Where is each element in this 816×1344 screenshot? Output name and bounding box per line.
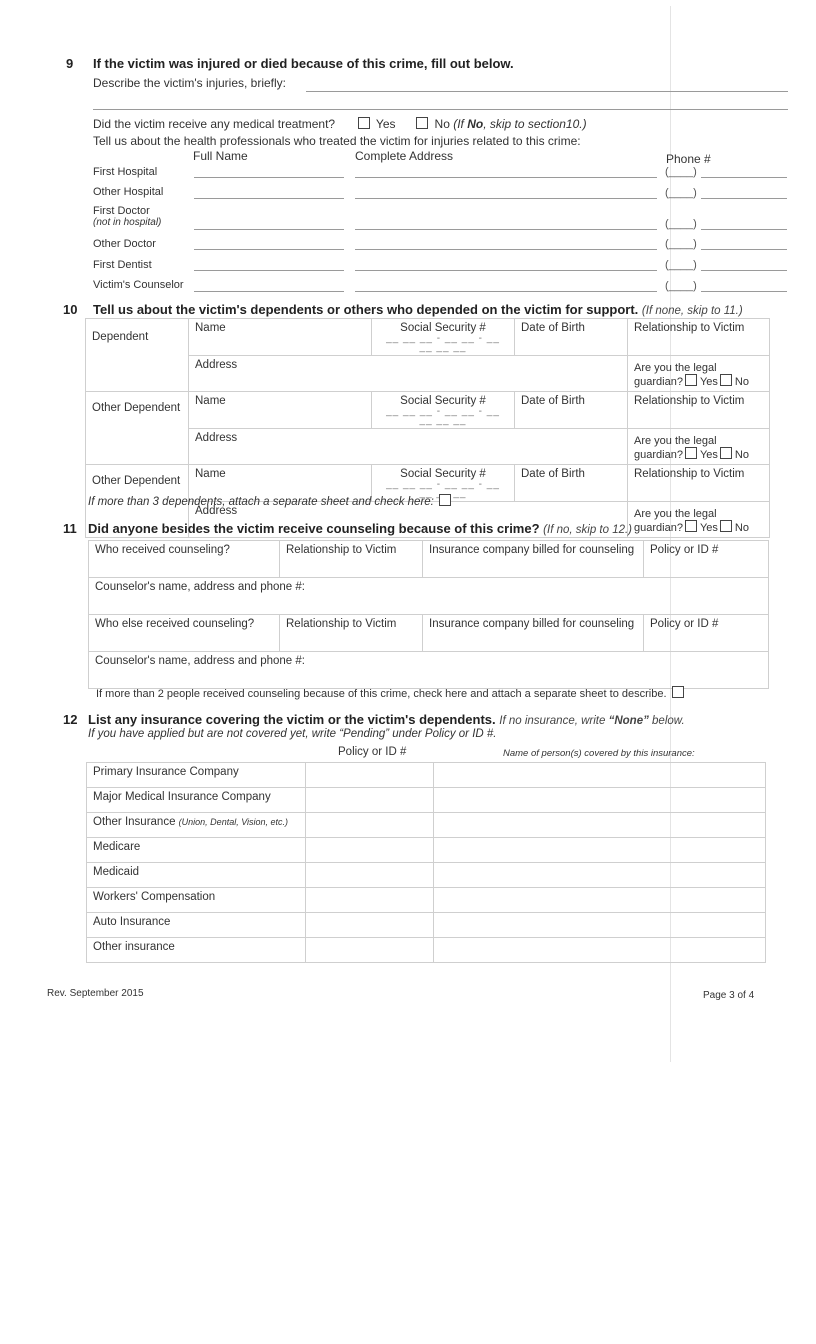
dependent-label: Other Dependent (86, 392, 189, 465)
text-fragment: Other Doctor (93, 238, 156, 250)
text-fragment: Major Medical Insurance Company (93, 791, 271, 803)
provider-name-input[interactable] (194, 177, 344, 178)
text-fragment: (Union, Dental, Vision, etc.) (179, 817, 288, 827)
text-fragment: No (735, 449, 749, 461)
legal-guardian-question: Are you the legalguardian?YesNo (628, 429, 770, 465)
provider-label: Other Hospital (93, 186, 163, 198)
provider-label: First Hospital (93, 166, 157, 178)
text-fragment: Yes (700, 449, 718, 461)
guardian-yes-checkbox[interactable] (685, 447, 697, 459)
dependent-row: DependentNameSocial Security #__ __ __ -… (86, 319, 770, 356)
describe-injuries-label: Describe the victim's injuries, briefly: (93, 76, 286, 90)
emphasis-text: No (467, 117, 483, 131)
text-fragment: If more than 2 people received counselin… (96, 688, 667, 700)
insurance-covered-names-field[interactable] (434, 863, 766, 888)
dependent-address-row: AddressAre you the legalguardian?YesNo (86, 356, 770, 392)
medical-treatment-row: Did the victim receive any medical treat… (93, 117, 587, 131)
more-counseling-note: If more than 2 people received counselin… (96, 686, 687, 700)
text-fragment: If no insurance, write “None” below. (499, 715, 684, 727)
text-fragment: guardian? (634, 449, 683, 461)
provider-label: Victim's Counselor (93, 279, 184, 291)
guardian-no-checkbox[interactable] (720, 374, 732, 386)
text-fragment: Address (195, 432, 237, 444)
insurance-covered-names-field[interactable] (434, 788, 766, 813)
text-fragment: guardian? (634, 376, 683, 388)
text-fragment: First Doctor (93, 205, 161, 217)
provider-address-input[interactable] (355, 229, 657, 230)
text-fragment: Relationship to Victim (634, 322, 744, 334)
insurance-type-label: Workers' Compensation (87, 888, 306, 913)
legal-guardian-question: Are you the legalguardian?YesNo (628, 502, 770, 538)
text-fragment: (If (453, 117, 467, 131)
insurance-row: Other Insurance (Union, Dental, Vision, … (87, 813, 766, 838)
counselor-info-field[interactable]: Counselor's name, address and phone #: (89, 578, 769, 615)
insurance-type-label: Medicare (87, 838, 306, 863)
text-fragment: No (735, 522, 749, 534)
text-fragment: List any insurance covering the victim o… (88, 712, 496, 727)
text-fragment: First Hospital (93, 166, 157, 178)
insurance-policy-field[interactable] (306, 838, 434, 863)
dependent-relationship-field[interactable]: Relationship to Victim (628, 319, 770, 356)
more-dependents-note: If more than 3 dependents, attach a sepa… (88, 494, 454, 508)
text-fragment: Primary Insurance Company (93, 766, 239, 778)
text-fragment: (not in hospital) (93, 217, 161, 229)
text-fragment: guardian?YesNo (634, 374, 763, 388)
provider-address-input[interactable] (355, 198, 657, 199)
section-9-number: 9 (66, 56, 73, 71)
treatment-yes-label: Yes (376, 117, 396, 131)
text-fragment: Yes (700, 376, 718, 388)
dependent-ssn-field[interactable]: Social Security #__ __ __ - __ __ - __ _… (372, 319, 515, 356)
text-fragment: First Dentist (93, 259, 152, 271)
text-fragment: Other Insurance (93, 816, 175, 828)
insurance-covered-names-field[interactable] (434, 813, 766, 838)
text-fragment: Relationship to Victim (634, 395, 744, 407)
dependent-address-row: AddressAre you the legalguardian?YesNo (86, 429, 770, 465)
col-full-name: Full Name (193, 149, 248, 163)
dependent-address-field[interactable]: Address (189, 356, 628, 392)
insurance-covered-names-field[interactable] (434, 913, 766, 938)
text-fragment: Policy or ID # (650, 618, 718, 630)
provider-name-input[interactable] (194, 270, 344, 271)
text-fragment: Are you the legal (634, 435, 763, 447)
insurance-type-label: Auto Insurance (87, 913, 306, 938)
text-fragment: If more than 3 dependents, attach a sepa… (88, 496, 434, 508)
provider-label: First Dentist (93, 259, 152, 271)
provider-area-code-input[interactable]: (____) (665, 187, 697, 199)
provider-address-input[interactable] (355, 177, 657, 178)
text-fragment: Victim's Counselor (93, 279, 184, 291)
section-12-pending-note: If you have applied but are not covered … (88, 728, 496, 740)
text-fragment: Counselor's name, address and phone #: (95, 581, 305, 593)
provider-label: Other Doctor (93, 238, 156, 250)
text-fragment: Insurance company billed for counseling (429, 544, 634, 556)
counseling-table: Who received counseling?Relationship to … (88, 540, 769, 689)
dependent-row: Other DependentNameSocial Security #__ _… (86, 392, 770, 429)
injuries-input-line-1[interactable] (306, 91, 788, 92)
section-9-heading: If the victim was injured or died becaus… (93, 56, 514, 71)
text-fragment: (If none, skip to 11.) (642, 305, 743, 317)
text-fragment: Date of Birth (521, 468, 585, 480)
text-fragment: Date of Birth (521, 395, 585, 407)
text-fragment: Other Dependent (92, 402, 180, 414)
text-fragment: Tell us about the victim's dependents or… (93, 302, 638, 317)
guardian-yes-checkbox[interactable] (685, 520, 697, 532)
dependent-label: Dependent (86, 319, 189, 392)
text-fragment: Other Dependent (92, 475, 180, 487)
text-fragment: Other insurance (93, 941, 175, 953)
text-fragment: Are you the legal (634, 362, 763, 374)
text-fragment: , skip to section10.) (483, 117, 586, 131)
text-fragment: Policy or ID # (650, 544, 718, 556)
counselor-info-row: Counselor's name, address and phone #: (89, 578, 769, 615)
counseling-insurance-field[interactable]: Insurance company billed for counseling (423, 541, 644, 578)
text-fragment: Name (195, 395, 226, 407)
section-11-heading: Did anyone besides the victim receive co… (88, 521, 632, 536)
counseling-policy-field[interactable]: Policy or ID # (644, 541, 769, 578)
provider-name-input[interactable] (194, 291, 344, 292)
provider-name-input[interactable] (194, 198, 344, 199)
legal-guardian-question: Are you the legalguardian?YesNo (628, 356, 770, 392)
counseling-relationship-field[interactable]: Relationship to Victim (280, 541, 423, 578)
page-number: Page 3 of 4 (703, 990, 754, 1001)
provider-address-input[interactable] (355, 249, 657, 250)
provider-phone-input[interactable] (701, 229, 787, 230)
insurance-policy-field[interactable] (306, 863, 434, 888)
section-10-heading: Tell us about the victim's dependents or… (93, 302, 743, 317)
text-fragment: Relationship to Victim (286, 618, 396, 630)
provider-phone-input[interactable] (701, 270, 787, 271)
section-10-number: 10 (63, 302, 77, 317)
text-fragment: Date of Birth (521, 322, 585, 334)
injuries-input-line-2[interactable] (93, 109, 788, 110)
text-fragment: guardian?YesNo (634, 447, 763, 461)
text-fragment: Name (195, 322, 226, 334)
guardian-no-checkbox[interactable] (720, 520, 732, 532)
text-fragment: __ __ __ - __ __ - __ __ __ __ (378, 334, 508, 352)
text-fragment: Address (195, 359, 237, 371)
insurance-type-label: Other Insurance (Union, Dental, Vision, … (87, 813, 306, 838)
dependent-dob-field[interactable]: Date of Birth (515, 319, 628, 356)
providers-intro: Tell us about the health professionals w… (93, 134, 581, 148)
text-fragment: Auto Insurance (93, 916, 170, 928)
treatment-yes-checkbox[interactable] (358, 117, 370, 129)
medical-treatment-question: Did the victim receive any medical treat… (93, 117, 335, 131)
text-fragment: If no insurance, write (499, 715, 608, 727)
text-fragment: (If no, skip to 12.) (543, 524, 632, 536)
dependent-ssn-field[interactable]: Social Security #__ __ __ - __ __ - __ _… (372, 392, 515, 429)
provider-phone-input[interactable] (701, 291, 787, 292)
insurance-type-label: Major Medical Insurance Company (87, 788, 306, 813)
guardian-yes-checkbox[interactable] (685, 374, 697, 386)
counselor-info-row: Counselor's name, address and phone #: (89, 652, 769, 689)
insurance-type-label: Other insurance (87, 938, 306, 963)
counseling-relationship-field[interactable]: Relationship to Victim (280, 615, 423, 652)
guardian-no-checkbox[interactable] (720, 447, 732, 459)
dependent-name-field[interactable]: Name (189, 319, 372, 356)
revision-date: Rev. September 2015 (47, 988, 144, 999)
text-fragment: Relationship to Victim (634, 468, 744, 480)
provider-name-input[interactable] (194, 229, 344, 230)
treatment-no-checkbox[interactable] (416, 117, 428, 129)
provider-name-input[interactable] (194, 249, 344, 250)
dependent-name-field[interactable]: Name (189, 392, 372, 429)
col-complete-address: Complete Address (355, 149, 453, 163)
text-fragment: guardian? (634, 522, 683, 534)
insurance-policy-field[interactable] (306, 913, 434, 938)
section-11-number: 11 (63, 521, 77, 536)
insurance-type-label: Primary Insurance Company (87, 763, 306, 788)
provider-phone-input[interactable] (701, 177, 787, 178)
insurance-row: Major Medical Insurance Company (87, 788, 766, 813)
provider-label: First Doctor(not in hospital) (93, 205, 161, 229)
text-fragment: Other Hospital (93, 186, 163, 198)
provider-area-code-input[interactable]: (____) (665, 166, 697, 178)
more-counseling-checkbox[interactable] (672, 686, 684, 698)
text-fragment: Workers' Compensation (93, 891, 215, 903)
insurance-type-label: Medicaid (87, 863, 306, 888)
counseling-row: Who else received counseling?Relationshi… (89, 615, 769, 652)
text-fragment: Insurance company billed for counseling (429, 618, 634, 630)
insurance-row: Other insurance (87, 938, 766, 963)
treatment-no-label: No (435, 117, 450, 131)
insurance-row: Workers' Compensation (87, 888, 766, 913)
text-fragment: Medicare (93, 841, 140, 853)
provider-area-code-input[interactable]: (____) (665, 238, 697, 250)
counseling-recipient-field[interactable]: Who received counseling? (89, 541, 280, 578)
text-fragment: Relationship to Victim (286, 544, 396, 556)
text-fragment: Name (195, 468, 226, 480)
counseling-recipient-field[interactable]: Who else received counseling? (89, 615, 280, 652)
insurance-policy-field[interactable] (306, 813, 434, 838)
insurance-row: Primary Insurance Company (87, 763, 766, 788)
insurance-policy-field[interactable] (306, 888, 434, 913)
text-fragment: Dependent (92, 331, 148, 343)
counseling-policy-field[interactable]: Policy or ID # (644, 615, 769, 652)
col-phone: Phone # (666, 152, 711, 166)
col-covered-names: Name of person(s) covered by this insura… (503, 748, 695, 759)
provider-address-input[interactable] (355, 270, 657, 271)
provider-address-input[interactable] (355, 291, 657, 292)
text-fragment: Counselor's name, address and phone #: (95, 655, 305, 667)
dependent-relationship-field[interactable]: Relationship to Victim (628, 465, 770, 502)
text-fragment: Yes (700, 522, 718, 534)
provider-phone-input[interactable] (701, 249, 787, 250)
insurance-policy-field[interactable] (306, 938, 434, 963)
counselor-info-field[interactable]: Counselor's name, address and phone #: (89, 652, 769, 689)
provider-area-code-input[interactable]: (____) (665, 259, 697, 271)
dependent-relationship-field[interactable]: Relationship to Victim (628, 392, 770, 429)
section-12-number: 12 (63, 712, 77, 727)
provider-area-code-input[interactable]: (____) (665, 280, 697, 292)
insurance-table: Primary Insurance CompanyMajor Medical I… (86, 762, 766, 963)
text-fragment: Medicaid (93, 866, 139, 878)
insurance-covered-names-field[interactable] (434, 763, 766, 788)
counseling-insurance-field[interactable]: Insurance company billed for counseling (423, 615, 644, 652)
col-policy-id: Policy or ID # (338, 746, 406, 758)
emphasis-text: “None” (609, 715, 649, 727)
text-fragment: Did anyone besides the victim receive co… (88, 521, 540, 536)
text-fragment: No (735, 376, 749, 388)
text-fragment: Who received counseling? (95, 544, 230, 556)
counseling-row: Who received counseling?Relationship to … (89, 541, 769, 578)
dependent-dob-field[interactable]: Date of Birth (515, 392, 628, 429)
insurance-covered-names-field[interactable] (434, 838, 766, 863)
text-fragment: Who else received counseling? (95, 618, 254, 630)
dependent-address-field[interactable]: Address (189, 429, 628, 465)
insurance-policy-field[interactable] (306, 788, 434, 813)
text-fragment: Are you the legal (634, 508, 763, 520)
insurance-policy-field[interactable] (306, 763, 434, 788)
more-dependents-checkbox[interactable] (439, 494, 451, 506)
insurance-covered-names-field[interactable] (434, 888, 766, 913)
provider-phone-input[interactable] (701, 198, 787, 199)
section-12-heading: List any insurance covering the victim o… (88, 712, 685, 727)
dependent-dob-field[interactable]: Date of Birth (515, 465, 628, 502)
provider-area-code-input[interactable]: (____) (665, 218, 697, 230)
text-fragment: __ __ __ - __ __ - __ __ __ __ (378, 407, 508, 425)
text-fragment: below. (649, 715, 685, 727)
insurance-row: Auto Insurance (87, 913, 766, 938)
insurance-row: Medicare (87, 838, 766, 863)
treatment-skip-note: (If No, skip to section10.) (453, 117, 586, 131)
insurance-covered-names-field[interactable] (434, 938, 766, 963)
text-fragment: guardian?YesNo (634, 520, 763, 534)
insurance-row: Medicaid (87, 863, 766, 888)
